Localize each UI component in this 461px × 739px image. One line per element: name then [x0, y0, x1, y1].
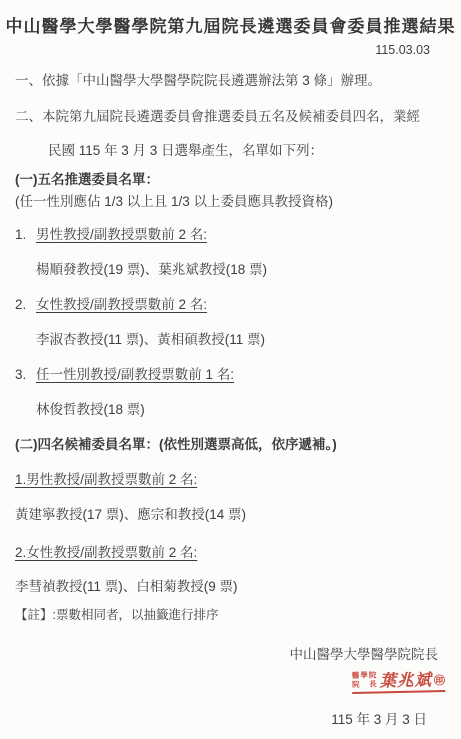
signature-title: 中山醫學大學醫學院院長 — [290, 646, 439, 664]
document-page: 中山醫學大學醫學院第九屆院長遴選委員會委員推選結果 115.03.03 一、依據… — [0, 0, 461, 739]
entry-number: 3. — [15, 366, 36, 384]
entry-number: 1. — [15, 226, 36, 244]
paragraph-2-line2: 民國 115 年 3 月 3 日選舉產生，名單如下列： — [48, 142, 451, 160]
section2-heading: (二)四名候補委員名單：(依性別選票高低，依序遞補。) — [15, 436, 451, 454]
section1-note: (任一性別應佔 1/3 以上且 1/3 以上委員應具教授資格) — [15, 193, 451, 211]
section1-entry-3: 3.任一性別教授/副教授票數前 1 名: — [15, 366, 451, 384]
section1-entry-2-names: 李淑杏教授(11 票)、黃相碩教授(11 票) — [36, 331, 451, 349]
section2-entry-1: 1.男性教授/副教授票數前 2 名: — [15, 471, 451, 489]
footnote: 【註】:票數相同者，以抽籤進行排序 — [15, 607, 451, 623]
document-date-number: 115.03.03 — [375, 42, 430, 58]
section1-entry-3-names: 林俊哲教授(18 票) — [36, 401, 451, 419]
document-title: 中山醫學大學醫學院第九屆院長遴選委員會委員推選結果 — [0, 16, 461, 38]
entry-number: 2. — [15, 296, 36, 314]
section1-heading: (一)五名推選委員名單： — [15, 171, 451, 189]
entry-label: 女性教授/副教授票數前 2 名: — [36, 297, 207, 312]
seal-mark-icon: ㊞ — [434, 674, 445, 690]
stamp-office-line2: 院 長 — [352, 680, 378, 689]
section2-entry-2-names: 李彗禎教授(11 票)、白相菊教授(9 票) — [15, 578, 451, 596]
dean-signature-stamp: 醫學院 院 長 葉兆斌 ㊞ — [352, 670, 445, 694]
stamp-office-text: 醫學院 院 長 — [352, 671, 378, 691]
section1-entry-2: 2.女性教授/副教授票數前 2 名: — [15, 296, 451, 314]
stamp-name-text: 葉兆斌 — [379, 671, 432, 690]
section2-entry-1-names: 黃建寧教授(17 票)、應宗和教授(14 票) — [15, 506, 451, 524]
entry-label: 2.女性教授/副教授票數前 2 名: — [15, 545, 197, 560]
section2-entry-2: 2.女性教授/副教授票數前 2 名: — [15, 544, 451, 562]
entry-label: 任一性別教授/副教授票數前 1 名: — [36, 367, 234, 382]
section1-entry-1: 1.男性教授/副教授票數前 2 名: — [15, 226, 451, 244]
paragraph-1: 一、依據「中山醫學大學醫學院院長遴選辦法第 3 條」辦理。 — [15, 72, 451, 90]
entry-label: 1.男性教授/副教授票數前 2 名: — [15, 472, 197, 487]
paragraph-2-line1: 二、本院第九屆院長遴選委員會推選委員五名及候補委員四名，業經 — [15, 108, 451, 126]
section1-entry-1-names: 楊順發教授(19 票)、葉兆斌教授(18 票) — [36, 261, 451, 279]
signature-date: 115 年 3 月 3 日 — [331, 711, 427, 729]
entry-label: 男性教授/副教授票數前 2 名: — [36, 227, 207, 242]
